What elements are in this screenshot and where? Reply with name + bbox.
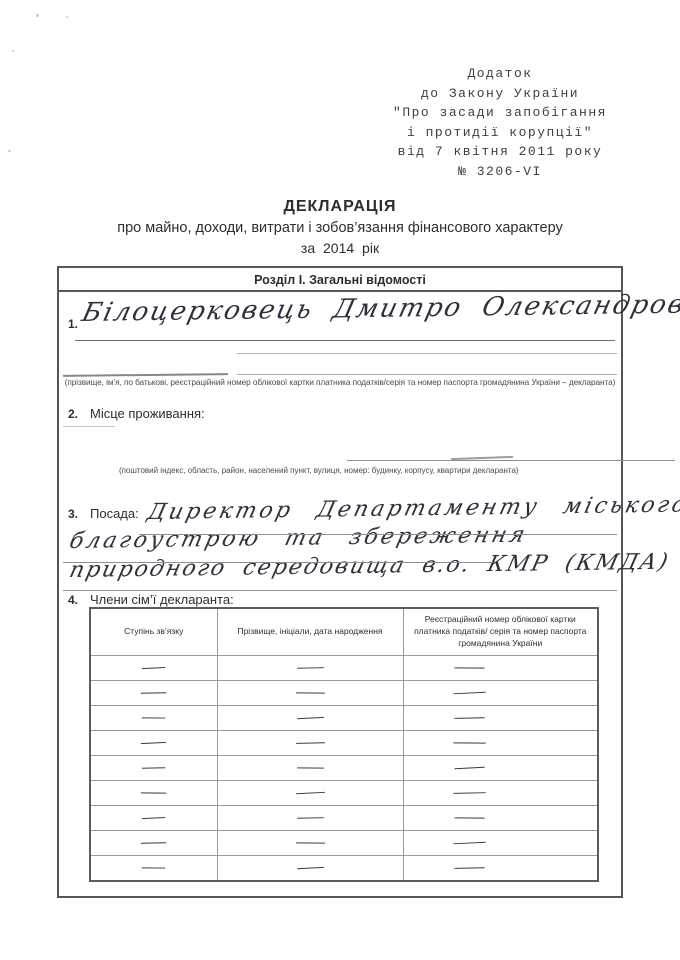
item1-handwritten-name: Білоцерковець Дмитро Олександрович — [79, 289, 680, 328]
family-table-cell: — — [90, 856, 217, 882]
family-table-cell: — — [217, 856, 403, 882]
table-row: ——— — [90, 706, 598, 731]
handwritten-dash: — — [295, 660, 325, 676]
table-row: ——— — [90, 831, 598, 856]
appendix-line: "Про засади запобігання — [368, 103, 632, 123]
scan-artifact — [8, 150, 11, 152]
family-table-header-row: Ступінь зв’язку Прізвище, ініціали, дата… — [90, 608, 598, 656]
section-heading: Розділ І. Загальні відомості — [59, 268, 621, 292]
family-table-cell: — — [217, 656, 403, 681]
fill-line — [347, 460, 675, 461]
appendix-block: Додаток до Закону України "Про засади за… — [368, 64, 632, 181]
handwritten-dash: — — [452, 810, 485, 825]
table-row: ——— — [90, 756, 598, 781]
family-table-cell: — — [403, 706, 598, 731]
handwritten-dash: — — [452, 660, 485, 675]
handwritten-dash: — — [451, 684, 487, 701]
family-table-cell: — — [403, 681, 598, 706]
family-table-cell: — — [403, 831, 598, 856]
handwritten-dash: — — [295, 810, 325, 826]
item2-caption: (поштовий індекс, область, район, населе… — [119, 466, 599, 475]
document-subtitle: про майно, доходи, витрати і зобов’язанн… — [0, 220, 680, 236]
family-table-cell: — — [403, 806, 598, 831]
appendix-line: Додаток — [368, 64, 632, 84]
item3-handwritten-line: Директор Департаменту міського — [145, 492, 680, 525]
item3-handwritten-line: благоустрою та збереження — [67, 523, 530, 554]
item2-label: Місце проживання: — [90, 406, 205, 421]
handwritten-dash: — — [452, 710, 485, 726]
table-row: ——— — [90, 656, 598, 681]
handwritten-dash: — — [140, 785, 168, 800]
col-header-relation: Ступінь зв’язку — [90, 608, 217, 656]
table-row: ——— — [90, 731, 598, 756]
family-table-cell: — — [217, 756, 403, 781]
handwritten-dash: — — [141, 809, 167, 825]
family-table: Ступінь зв’язку Прізвище, ініціали, дата… — [89, 607, 599, 882]
family-table-cell: — — [217, 681, 403, 706]
item3-label: Посада: — [90, 506, 139, 521]
family-table-cell: — — [403, 731, 598, 756]
fill-line — [237, 353, 617, 354]
family-table-cell: — — [90, 756, 217, 781]
appendix-line: від 7 квітня 2011 року — [368, 142, 632, 162]
fill-line — [63, 426, 115, 427]
handwritten-dash: — — [451, 785, 487, 801]
handwritten-dash: — — [295, 760, 324, 775]
family-table-cell: — — [90, 806, 217, 831]
handwritten-dash: — — [294, 735, 326, 751]
handwritten-dash: — — [140, 685, 168, 701]
handwritten-dash: — — [451, 735, 486, 750]
scan-artifact — [66, 16, 68, 18]
item2-number: 2. — [68, 407, 78, 421]
family-table-body: ——————————————————————————— — [90, 656, 598, 882]
handwritten-dash: — — [141, 659, 167, 675]
handwritten-dash: — — [452, 759, 486, 776]
family-table-cell: — — [403, 756, 598, 781]
fill-line — [63, 562, 493, 563]
table-row: ——— — [90, 856, 598, 882]
family-table-cell: — — [90, 681, 217, 706]
family-table-cell: — — [217, 831, 403, 856]
scan-artifact — [12, 50, 14, 52]
table-row: ——— — [90, 806, 598, 831]
handwritten-dash: — — [294, 784, 326, 801]
item1-number: 1. — [68, 317, 78, 331]
handwritten-dash: — — [295, 709, 325, 725]
family-table-cell: — — [403, 781, 598, 806]
title-block: ДЕКЛАРАЦІЯ про майно, доходи, витрати і … — [0, 198, 680, 256]
handwritten-dash: — — [140, 734, 168, 750]
col-header-name: Прізвище, ініціали, дата народження — [217, 608, 403, 656]
fill-line — [63, 590, 617, 591]
appendix-line: до Закону України — [368, 84, 632, 104]
family-table-cell: — — [217, 806, 403, 831]
handwritten-dash: — — [294, 835, 326, 850]
family-table-cell: — — [217, 781, 403, 806]
family-table-cell: — — [403, 856, 598, 882]
item3-handwritten-line: природного середовища в.о. КМР (КМДА) — [67, 550, 672, 583]
fill-line — [139, 534, 617, 535]
appendix-line: і протидії корупції" — [368, 123, 632, 143]
handwritten-dash: — — [141, 860, 167, 875]
fill-line — [237, 374, 617, 375]
table-row: ——— — [90, 781, 598, 806]
handwritten-dash: — — [452, 860, 485, 876]
family-table-cell: — — [90, 731, 217, 756]
handwritten-dash: — — [295, 859, 325, 875]
declaration-page: Додаток до Закону України "Про засади за… — [0, 0, 680, 960]
family-table-cell: — — [90, 706, 217, 731]
appendix-line: № 3206-VI — [368, 162, 632, 182]
family-table-cell: — — [403, 656, 598, 681]
col-header-tax-number: Реєстраційний номер облікової картки пла… — [403, 608, 598, 656]
handwritten-scribble — [451, 450, 513, 460]
handwritten-dash: — — [140, 835, 168, 851]
family-table-cell: — — [90, 656, 217, 681]
family-table-cell: — — [217, 706, 403, 731]
handwritten-dash: — — [294, 685, 326, 700]
section-box: Розділ І. Загальні відомості 1. Білоцерк… — [57, 266, 623, 898]
document-title: ДЕКЛАРАЦІЯ — [0, 198, 680, 216]
family-table-cell: — — [217, 731, 403, 756]
handwritten-dash: — — [141, 760, 167, 776]
handwritten-dash: — — [141, 710, 167, 725]
item4-number: 4. — [68, 593, 78, 607]
family-table-cell: — — [90, 831, 217, 856]
handwritten-scribble — [63, 367, 228, 377]
family-table-cell: — — [90, 781, 217, 806]
document-year: за 2014 рік — [0, 240, 680, 256]
item3-number: 3. — [68, 507, 78, 521]
fill-line — [75, 340, 615, 341]
item4-label: Члени сім’ї декларанта: — [90, 592, 234, 607]
scan-artifact — [36, 14, 39, 17]
handwritten-dash: — — [451, 834, 487, 851]
item1-caption: (прізвище, ім’я, по батькові, реєстрацій… — [61, 377, 619, 387]
table-row: ——— — [90, 681, 598, 706]
